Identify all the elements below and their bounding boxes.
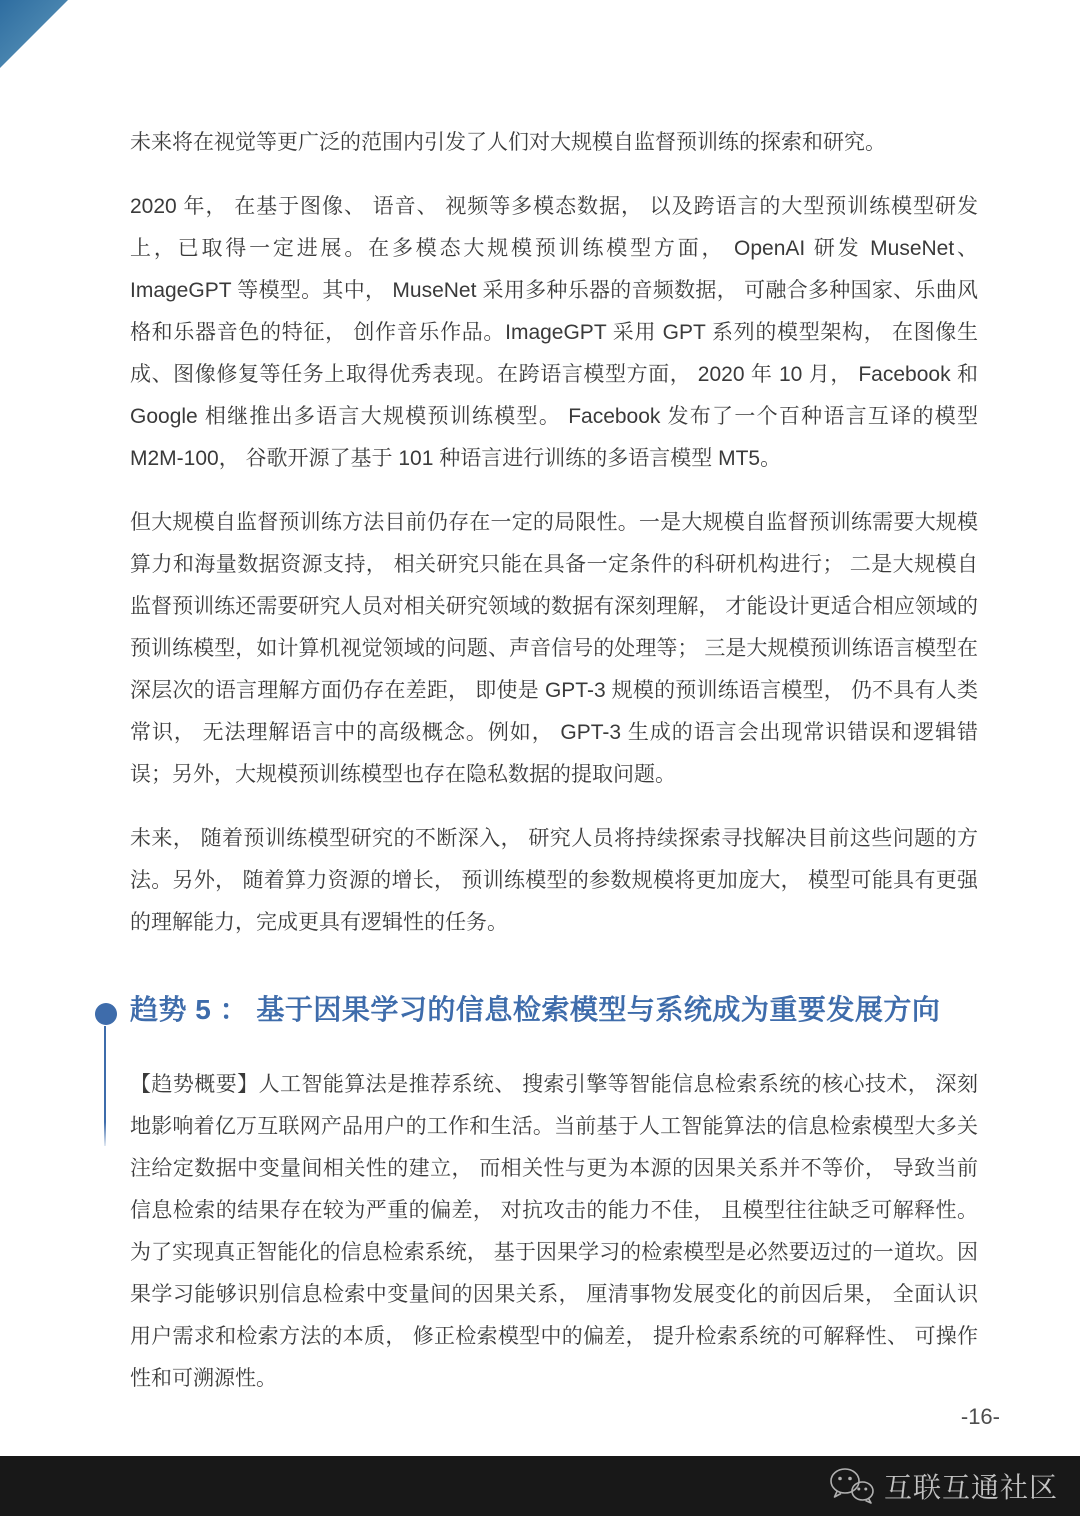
paragraph-limitations: 但大规模自监督预训练方法目前仍存在一定的局限性。一是大规模自监督预训练需要大规模… — [130, 502, 978, 796]
heading-vertical-line — [104, 1026, 106, 1146]
paragraph-future: 未来， 随着预训练模型研究的不断深入， 研究人员将持续探索寻找解决目前这些问题的… — [130, 818, 978, 944]
paragraph-pretraining-outlook: 未来将在视觉等更广泛的范围内引发了人们对大规模自监督预训练的探索和研究。 — [130, 122, 978, 164]
footer-brand-label: 互联互通社区 — [884, 1466, 1058, 1506]
trend-5-heading: 趋势 5 ： 基于因果学习的信息检索模型与系统成为重要发展方向 — [130, 988, 978, 1032]
page-content: 未来将在视觉等更广泛的范围内引发了人们对大规模自监督预训练的探索和研究。 202… — [130, 122, 978, 1400]
page-number: -16- — [961, 1404, 1000, 1430]
paragraph-multimodal-models: 2020 年， 在基于图像、 语音、 视频等多模态数据， 以及跨语言的大型预训练… — [130, 186, 978, 480]
heading-bullet-dot — [95, 1003, 117, 1025]
corner-accent-triangle — [0, 0, 68, 68]
document-page: 未来将在视觉等更广泛的范围内引发了人们对大规模自监督预训练的探索和研究。 202… — [0, 0, 1080, 1516]
footer-bar: 互联互通社区 — [0, 1456, 1080, 1516]
wechat-logo-icon — [827, 1466, 875, 1506]
trend-summary-paragraph: 【趋势概要】人工智能算法是推荐系统、 搜索引擎等智能信息检索系统的核心技术， 深… — [130, 1064, 978, 1400]
